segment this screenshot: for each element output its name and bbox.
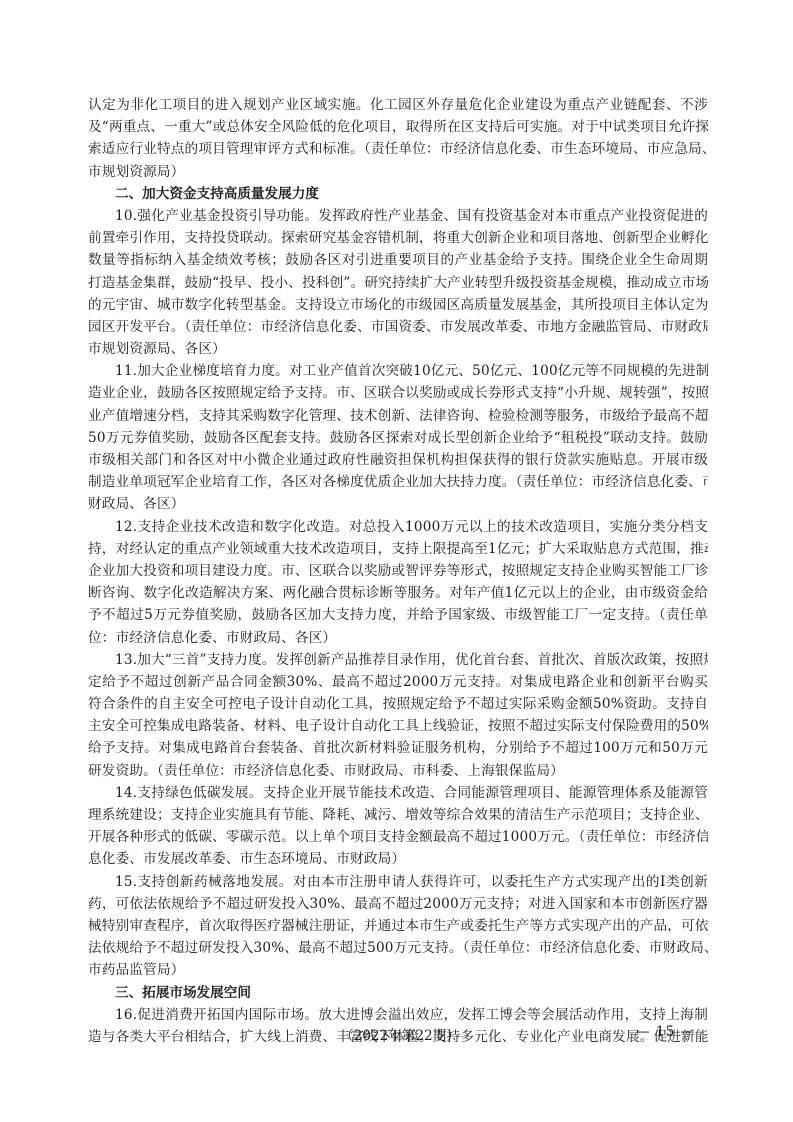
paragraph-line: 及“两重点、一重大”或总体安全风险低的危化项目，取得所在区支持后可实施。对于中试… bbox=[88, 116, 708, 138]
paragraph-line: 械特别审查程序，首次取得医疗器械注册证，并通过本市生产或委托生产等方式实现产出的… bbox=[88, 915, 708, 937]
paragraph-line: 的元宇宙、城市数字化转型基金。支持设立市场化的市级园区高质量发展基金，其所投项目… bbox=[88, 294, 708, 316]
section-heading: 二、加大资金支持高质量发展力度 bbox=[88, 183, 708, 205]
paragraph-line: 财政局、各区） bbox=[88, 493, 708, 515]
paragraph-first-line: 15.支持创新药械落地发展。对由本市注册申请人获得许可，以委托生产方式实现产出的… bbox=[88, 871, 708, 893]
paragraph-line: 制造业单项冠军企业培育工作，各区对各梯度优质企业加大扶持力度。（责任单位：市经济… bbox=[88, 471, 708, 493]
section-heading: 三、拓展市场发展空间 bbox=[88, 982, 708, 1004]
paragraph-first-line: 10.强化产业基金投资引导功能。发挥政府性产业基金、国有投资基金对本市重点产业投… bbox=[88, 205, 708, 227]
paragraph-line: 理系统建设；支持企业实施具有节能、降耗、减污、增效等综合效果的清洁生产示范项目；… bbox=[88, 804, 708, 826]
paragraph-line: 园区开发平台。（责任单位：市经济信息化委、市国资委、市发展改革委、市地方金融监管… bbox=[88, 316, 708, 338]
paragraph-line: 断咨询、数字化改造解决方案、两化融合贯标诊断等服务。对年产值1亿元以上的企业，由… bbox=[88, 582, 708, 604]
paragraph-line: 位：市经济信息化委、市财政局、各区） bbox=[88, 627, 708, 649]
document-body: 认定为非化工项目的进入规划产业区域实施。化工园区外存量危化企业建设为重点产业链配… bbox=[88, 94, 708, 1048]
paragraph-line: 市药品监管局） bbox=[88, 959, 708, 981]
paragraph-line: 药，可依法依规给予不超过研发投入30%、最高不超过2000万元支持；对进入国家和… bbox=[88, 893, 708, 915]
paragraph-line: 市规划资源局、各区） bbox=[88, 338, 708, 360]
paragraph-line: 研发资助。（责任单位：市经济信息化委、市财政局、市科委、上海银保监局） bbox=[88, 760, 708, 782]
paragraph-first-line: 12.支持企业技术改造和数字化改造。对总投入1000万元以上的技术改造项目，实施… bbox=[88, 516, 708, 538]
paragraph-first-line: 11.加大企业梯度培育力度。对工业产值首次突破10亿元、50亿元、100亿元等不… bbox=[88, 360, 708, 382]
page-number: — 15 — bbox=[636, 1024, 695, 1040]
issue-label: （2022年第22期） bbox=[340, 1024, 460, 1044]
paragraph-line: 50万元券值奖励，鼓励各区配套支持。鼓励各区探索对成长型创新企业给予“租税投”联… bbox=[88, 427, 708, 449]
paragraph-line: 符合条件的自主安全可控电子设计自动化工具，按照规定给予不超过实际采购金额50%资… bbox=[88, 693, 708, 715]
paragraph-line: 持，对经认定的重点产业领域重大技术改造项目，支持上限提高至1亿元；扩大采取贴息方… bbox=[88, 538, 708, 560]
paragraph-line: 予不超过5万元券值奖励，鼓励各区加大支持力度，并给予国家级、市级智能工厂一定支持… bbox=[88, 604, 708, 626]
paragraph-line: 主安全可控集成电路装备、材料、电子设计自动化工具上线验证，按照不超过实际支付保险… bbox=[88, 715, 708, 737]
paragraph-first-line: 13.加大“三首”支持力度。发挥创新产品推荐目录作用，优化首台套、首批次、首版次… bbox=[88, 649, 708, 671]
paragraph-first-line: 16.促进消费开拓国内国际市场。放大进博会溢出效应，发挥工博会等会展活动作用，支… bbox=[88, 1004, 708, 1026]
paragraph-line: 前置牵引作用，支持投贷联动。探索研究基金容错机制，将重大创新企业和项目落地、创新… bbox=[88, 227, 708, 249]
paragraph-line: 市规划资源局） bbox=[88, 161, 708, 183]
paragraph-line: 开展各种形式的低碳、零碳示范。以上单个项目支持金额最高不超过1000万元。（责任… bbox=[88, 826, 708, 848]
paragraph-line: 造业企业，鼓励各区按照规定给予支持。市、区联合以奖励或成长券形式支持“小升规、规… bbox=[88, 382, 708, 404]
paragraph-line: 认定为非化工项目的进入规划产业区域实施。化工园区外存量危化企业建设为重点产业链配… bbox=[88, 94, 708, 116]
paragraph-line: 索适应行业特点的项目管理审评方式和标准。（责任单位：市经济信息化委、市生态环境局… bbox=[88, 138, 708, 160]
paragraph-line: 数量等指标纳入基金绩效考核；鼓励各区对引进重要项目的产业基金给予支持。围绕企业全… bbox=[88, 249, 708, 271]
paragraph-first-line: 14.支持绿色低碳发展。支持企业开展节能技术改造、合同能源管理项目、能源管理体系… bbox=[88, 782, 708, 804]
paragraph-line: 给予支持。对集成电路首台套装备、首批次新材料验证服务机构，分别给予不超过100万… bbox=[88, 737, 708, 759]
paragraph-line: 业产值增速分档，支持其采购数字化管理、技术创新、法律咨询、检验检测等服务，市级给… bbox=[88, 405, 708, 427]
paragraph-line: 定给予不超过创新产品合同金额30%、最高不超过2000万元支持。对集成电路企业和… bbox=[88, 671, 708, 693]
paragraph-line: 息化委、市发展改革委、市生态环境局、市财政局） bbox=[88, 848, 708, 870]
paragraph-line: 市级相关部门和各区对中小微企业通过政府性融资担保机构担保获得的银行贷款实施贴息。… bbox=[88, 449, 708, 471]
paragraph-line: 打造基金集群，鼓励“投早、投小、投科创”。研究持续扩大产业转型升级投资基金规模，… bbox=[88, 272, 708, 294]
paragraph-line: 法依规给予不超过研发投入30%、最高不超过500万元支持。（责任单位：市经济信息… bbox=[88, 937, 708, 959]
page-footer: （2022年第22期） — 15 — bbox=[0, 1024, 793, 1046]
paragraph-line: 企业加大投资和项目建设力度。市、区联合以奖励或智评券等形式，按照规定支持企业购买… bbox=[88, 560, 708, 582]
